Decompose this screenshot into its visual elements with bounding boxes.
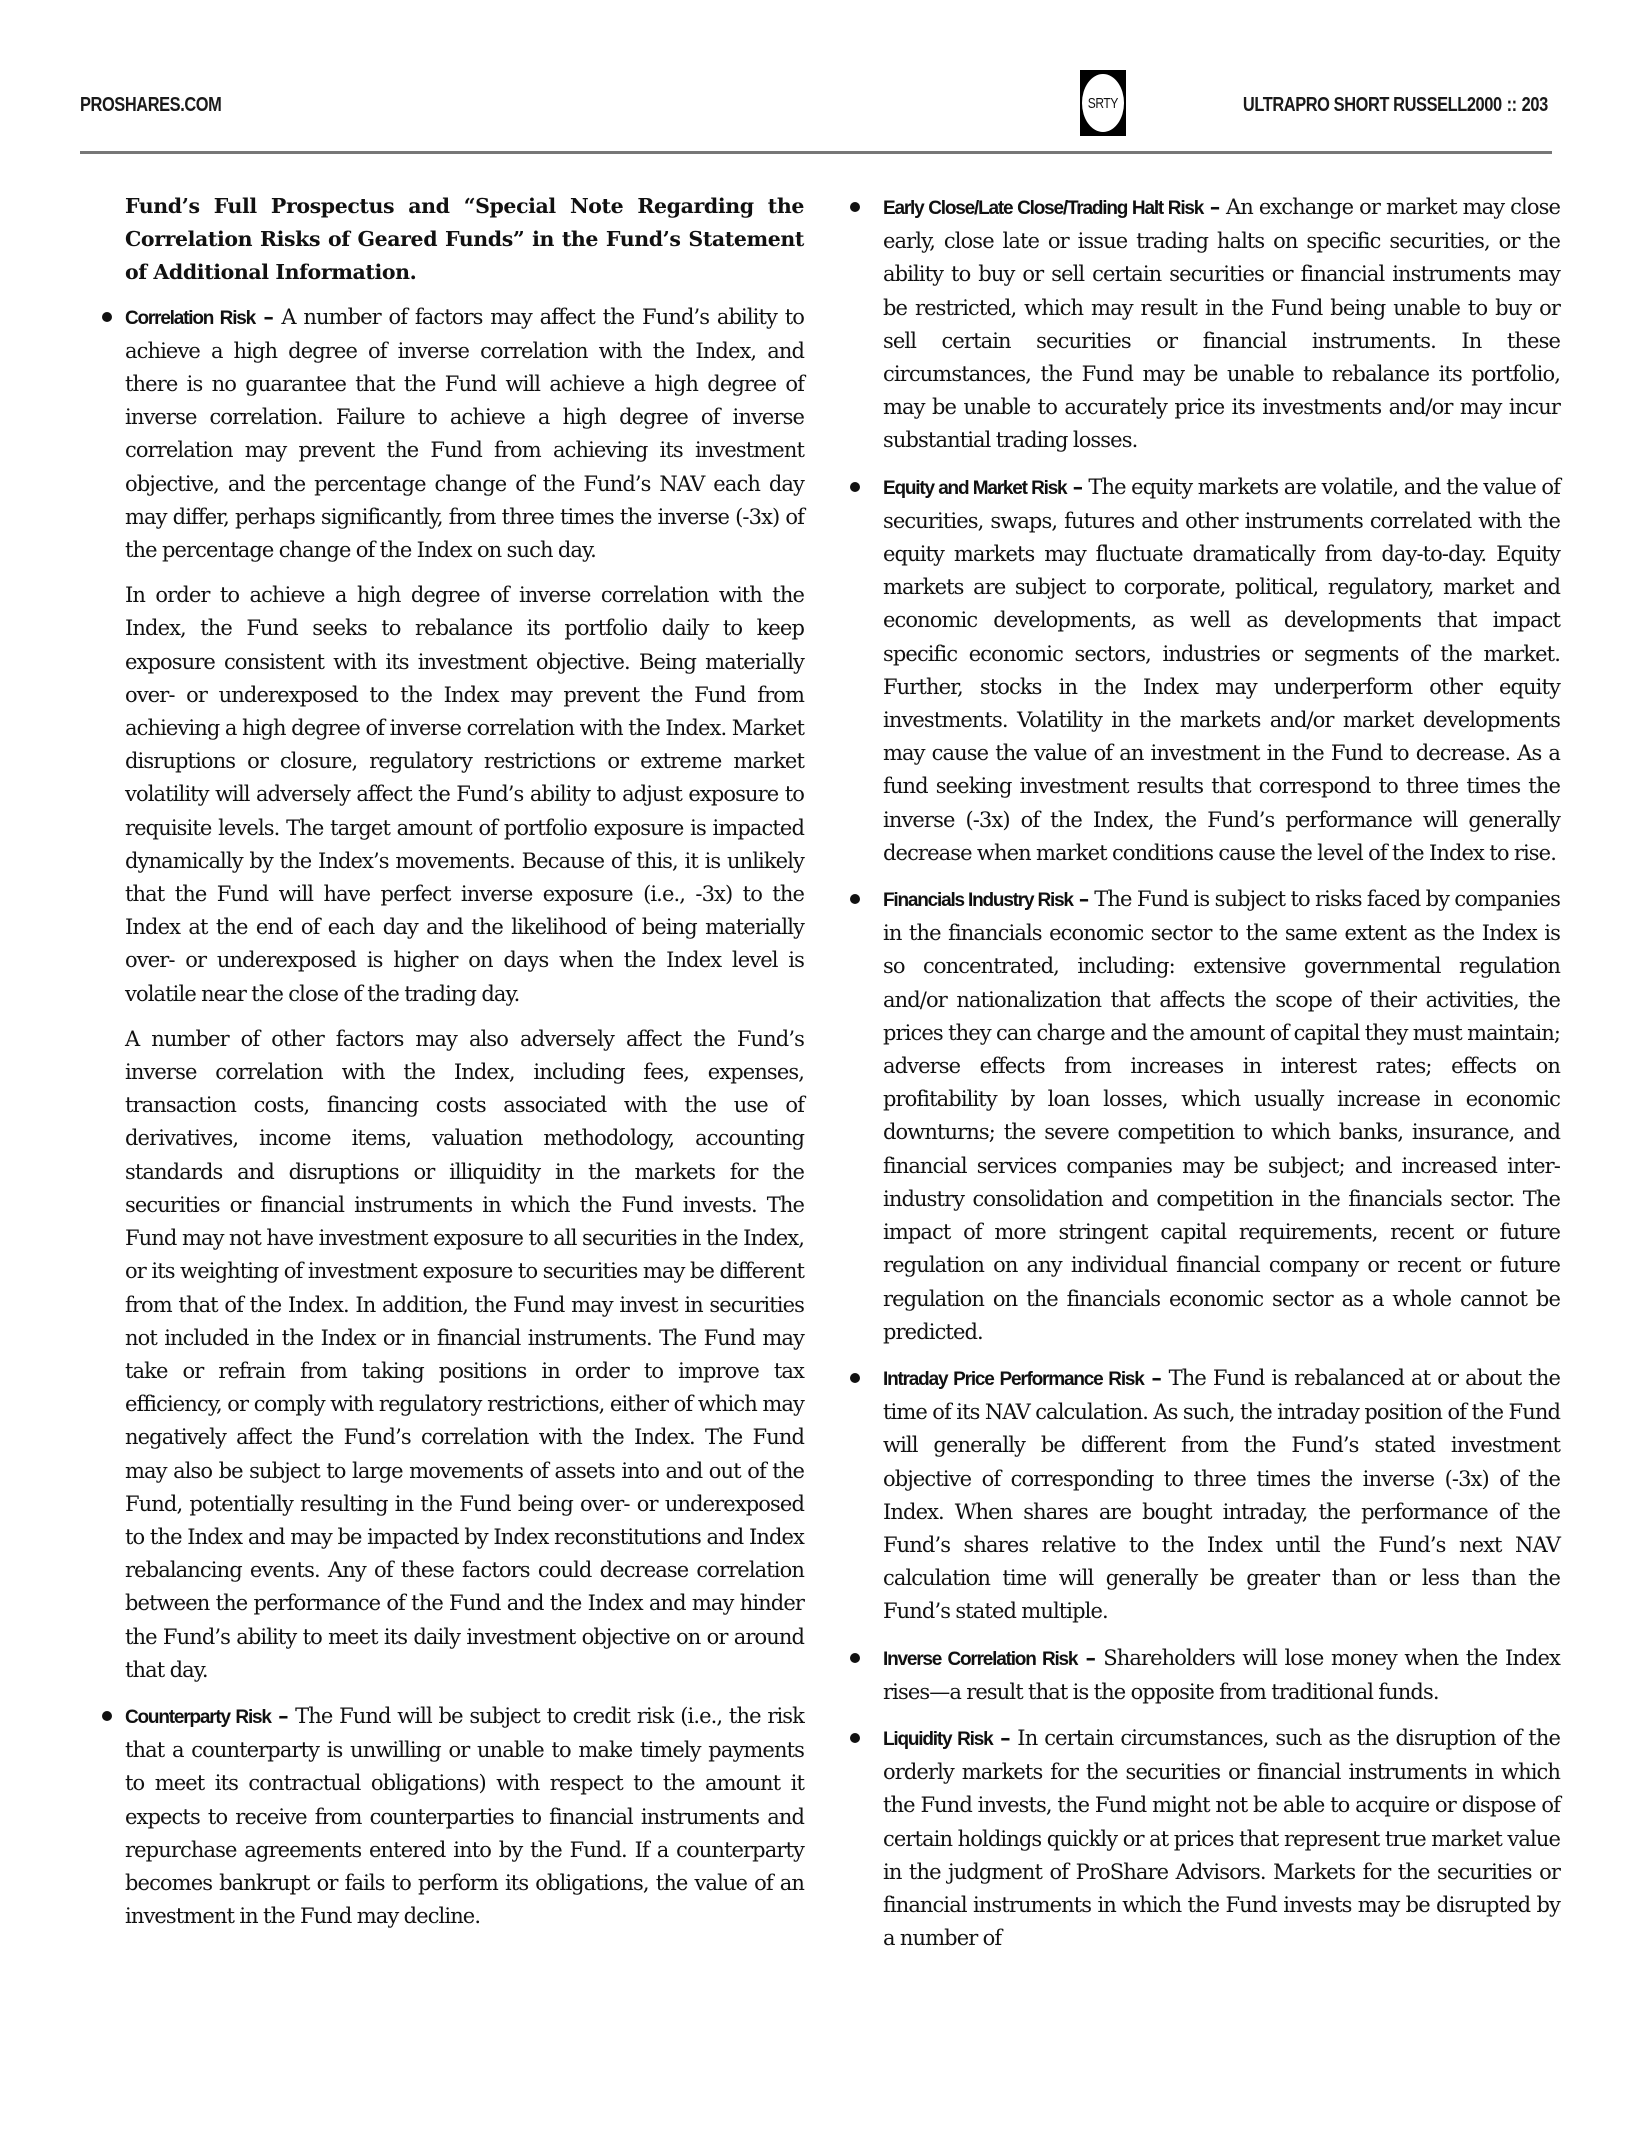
paragraph: In order to achieve a high degree of inv… xyxy=(125,579,804,1011)
intro-continuation: Fund’s Full Prospectus and “Special Note… xyxy=(125,190,804,290)
risk-item-equity-market: Equity and Market Risk – The equity mark… xyxy=(840,470,1560,870)
ticker-badge: SRTY xyxy=(1080,70,1126,136)
bullet-icon xyxy=(850,894,860,904)
left-column: Fund’s Full Prospectus and “Special Note… xyxy=(80,190,804,1945)
right-column: Early Close/Late Close/Trading Halt Risk… xyxy=(840,190,1560,1967)
risk-label: Inverse Correlation Risk xyxy=(883,1649,1077,1670)
ticker-symbol: SRTY xyxy=(1088,95,1118,112)
risk-text: The Fund is subject to risks faced by co… xyxy=(883,887,1560,1344)
dash: – xyxy=(255,304,281,329)
risk-item-financials-industry: Financials Industry Risk – The Fund is s… xyxy=(840,882,1560,1349)
running-head: ULTRAPRO SHORT RUSSELL2000::203 xyxy=(1243,94,1548,117)
ticker-circle-icon: SRTY xyxy=(1082,74,1124,132)
risk-label: Counterparty Risk xyxy=(125,1707,271,1728)
bullet-icon xyxy=(850,1373,860,1383)
risk-text: The Fund is rebalanced at or about the t… xyxy=(883,1366,1560,1623)
dash: – xyxy=(1077,1645,1103,1670)
risk-label: Equity and Market Risk xyxy=(883,478,1066,499)
bullet-icon xyxy=(850,202,860,212)
risk-text: An exchange or market may close early, c… xyxy=(883,195,1560,452)
risk-label: Liquidity Risk xyxy=(883,1729,992,1750)
risk-item-liquidity: Liquidity Risk – In certain circumstance… xyxy=(840,1721,1560,1955)
page-header: PROSHARES.COM SRTY ULTRAPRO SHORT RUSSEL… xyxy=(80,70,1552,152)
risk-item-counterparty: Counterparty Risk – The Fund will be sub… xyxy=(80,1699,804,1933)
risk-item-early-close: Early Close/Late Close/Trading Halt Risk… xyxy=(840,190,1560,458)
risk-item-correlation: Correlation Risk – A number of factors m… xyxy=(80,300,804,568)
fund-name: ULTRAPRO SHORT RUSSELL2000 xyxy=(1243,94,1502,116)
dash: – xyxy=(1073,886,1094,911)
risk-label: Financials Industry Risk xyxy=(883,890,1073,911)
page-number: 203 xyxy=(1522,94,1548,116)
paragraph: A number of other factors may also adver… xyxy=(125,1023,804,1687)
separator: :: xyxy=(1507,94,1517,116)
dash: – xyxy=(271,1703,295,1728)
risk-label: Correlation Risk xyxy=(125,308,255,329)
dash: – xyxy=(992,1725,1017,1750)
risk-text: The equity markets are volatile, and the… xyxy=(883,475,1560,865)
risk-label: Early Close/Late Close/Trading Halt Risk xyxy=(883,198,1203,219)
risk-text: The Fund will be subject to credit risk … xyxy=(125,1704,804,1928)
bullet-icon xyxy=(850,482,860,492)
bullet-icon xyxy=(102,312,112,322)
risk-item-inverse-correlation: Inverse Correlation Risk – Shareholders … xyxy=(840,1641,1560,1709)
risk-text: In certain circumstances, such as the di… xyxy=(883,1726,1560,1950)
dash: – xyxy=(1066,474,1088,499)
bullet-icon xyxy=(850,1733,860,1743)
site-name: PROSHARES.COM xyxy=(80,94,221,117)
risk-item-intraday-price: Intraday Price Performance Risk – The Fu… xyxy=(840,1361,1560,1629)
dash: – xyxy=(1144,1365,1169,1390)
risk-label: Intraday Price Performance Risk xyxy=(883,1369,1144,1390)
bullet-icon xyxy=(102,1711,112,1721)
risk-text: A number of factors may affect the Fund’… xyxy=(125,305,804,562)
header-divider xyxy=(80,151,1552,154)
bullet-icon xyxy=(850,1653,860,1663)
dash: – xyxy=(1203,194,1226,219)
